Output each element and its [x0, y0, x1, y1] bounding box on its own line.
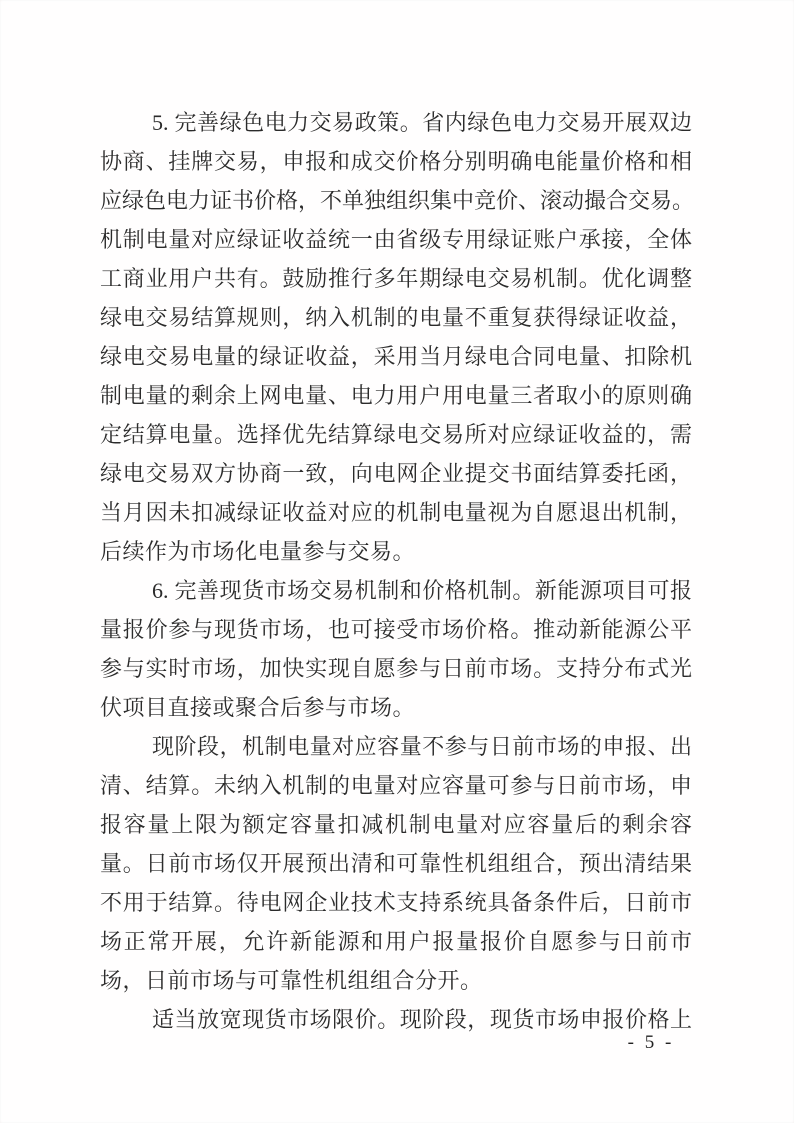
text-line: 机制电量对应绿证收益统一由省级专用绿证账户承接，全体 [100, 220, 692, 259]
text-line: 参与实时市场，加快实现自愿参与日前市场。支持分布式光 [100, 649, 692, 688]
text-line: 不用于结算。待电网企业技术支持系统具备条件后，日前市 [100, 883, 692, 922]
text-line: 绿电交易结算规则，纳入机制的电量不重复获得绿证收益， [100, 298, 692, 337]
text-line: 协商、挂牌交易，申报和成交价格分别明确电能量价格和相 [100, 142, 692, 181]
text-line: 绿电交易双方协商一致，向电网企业提交书面结算委托函， [100, 454, 692, 493]
text-line: 场正常开展，允许新能源和用户报量报价自愿参与日前市 [100, 922, 692, 961]
document-page: 5. 完善绿色电力交易政策。省内绿色电力交易开展双边 协商、挂牌交易，申报和成交… [0, 0, 794, 1123]
text-line: 6. 完善现货市场交易机制和价格机制。新能源项目可报 [100, 571, 692, 610]
text-line: 制电量的剩余上网电量、电力用户用电量三者取小的原则确 [100, 376, 692, 415]
text-line: 量报价参与现货市场，也可接受市场价格。推动新能源公平 [100, 610, 692, 649]
text-line: 定结算电量。选择优先结算绿电交易所对应绿证收益的，需 [100, 415, 692, 454]
text-line: 清、结算。未纳入机制的电量对应容量可参与日前市场，申 [100, 766, 692, 805]
page-number: - 5 - [576, 1032, 726, 1054]
text-line: 5. 完善绿色电力交易政策。省内绿色电力交易开展双边 [100, 103, 692, 142]
text-line: 工商业用户共有。鼓励推行多年期绿电交易机制。优化调整 [100, 259, 692, 298]
text-line: 应绿色电力证书价格，不单独组织集中竞价、滚动撮合交易。 [100, 181, 692, 220]
text-line: 伏项目直接或聚合后参与市场。 [100, 688, 692, 727]
text-line: 当月因未扣减绿证收益对应的机制电量视为自愿退出机制， [100, 493, 692, 532]
text-line: 量。日前市场仅开展预出清和可靠性机组组合，预出清结果 [100, 844, 692, 883]
document-body: 5. 完善绿色电力交易政策。省内绿色电力交易开展双边 协商、挂牌交易，申报和成交… [100, 103, 692, 1039]
text-line: 绿电交易电量的绿证收益，采用当月绿电合同电量、扣除机 [100, 337, 692, 376]
text-line: 场，日前市场与可靠性机组组合分开。 [100, 961, 692, 1000]
text-line: 后续作为市场化电量参与交易。 [100, 532, 692, 571]
text-line: 报容量上限为额定容量扣减机制电量对应容量后的剩余容 [100, 805, 692, 844]
text-line: 现阶段，机制电量对应容量不参与日前市场的申报、出 [100, 727, 692, 766]
